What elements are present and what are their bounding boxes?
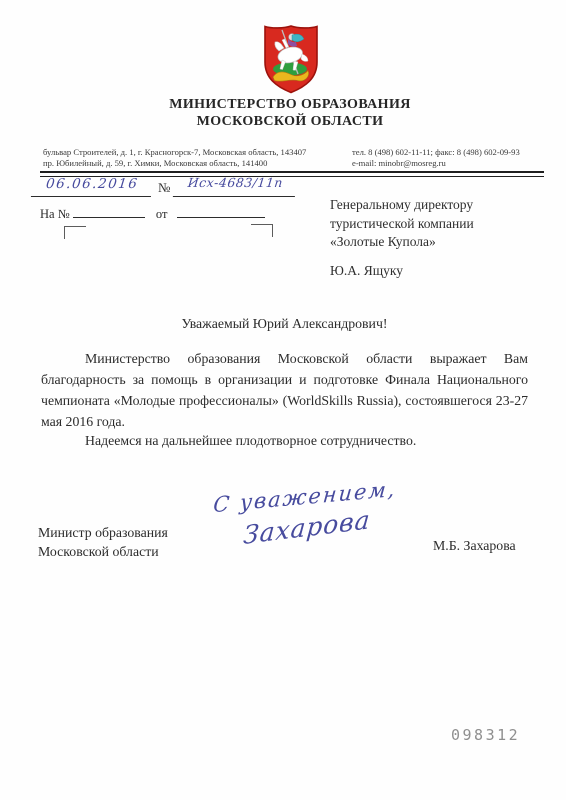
body-paragraph-2: Надеемся на дальнейшее плодотворное сотр… bbox=[41, 433, 528, 449]
letterhead-address-block: бульвар Строителей, д. 1, г. Красногорск… bbox=[43, 147, 542, 168]
moscow-oblast-coat-of-arms-icon bbox=[261, 24, 321, 94]
body-paragraph-1: Министерство образования Московской обла… bbox=[41, 348, 528, 432]
reply-number-blank bbox=[73, 202, 145, 218]
contacts-block: тел. 8 (498) 602-11-11; факс: 8 (498) 60… bbox=[352, 147, 542, 168]
reply-from-label: от bbox=[156, 207, 168, 222]
postal-address-line2: пр. Юбилейный, д. 59, г. Химки, Московск… bbox=[43, 158, 343, 169]
signer-position-block: Министр образования Московской области bbox=[38, 523, 168, 561]
recipient-title-line2: туристической компании bbox=[330, 215, 540, 234]
number-sign-label: № bbox=[158, 180, 170, 196]
signer-name: М.Б. Захарова bbox=[433, 538, 516, 554]
outgoing-date-handwritten: 06.06.2016 bbox=[31, 176, 153, 197]
reply-date-blank bbox=[177, 202, 265, 218]
scanned-letter-page: МИНИСТЕРСТВО ОБРАЗОВАНИЯ МОСКОВСКОЙ ОБЛА… bbox=[0, 0, 566, 800]
address-zone-corner-left bbox=[64, 226, 86, 239]
recipient-block: Генеральному директору туристической ком… bbox=[330, 196, 540, 280]
postal-address-line1: бульвар Строителей, д. 1, г. Красногорск… bbox=[43, 147, 343, 158]
signer-position-line1: Министр образования bbox=[38, 523, 168, 542]
signer-position-line2: Московской области bbox=[38, 542, 168, 561]
reply-reference-row: На № от bbox=[40, 202, 265, 220]
address-zone-corner-right bbox=[251, 224, 273, 237]
recipient-company: «Золотые Купола» bbox=[330, 233, 540, 252]
phone-fax-line: тел. 8 (498) 602-11-11; факс: 8 (498) 60… bbox=[352, 147, 542, 158]
stamp-serial-number: 098312 bbox=[451, 726, 520, 744]
reply-number-label: На № bbox=[40, 207, 70, 222]
ministry-title-line2: МОСКОВСКОЙ ОБЛАСТИ bbox=[0, 113, 566, 130]
email-line: e-mail: minobr@mosreg.ru bbox=[352, 158, 542, 169]
salutation: Уважаемый Юрий Александрович! bbox=[41, 316, 528, 332]
ministry-title: МИНИСТЕРСТВО ОБРАЗОВАНИЯ МОСКОВСКОЙ ОБЛА… bbox=[0, 96, 566, 130]
recipient-title-line1: Генеральному директору bbox=[330, 196, 540, 215]
recipient-name: Ю.А. Ящуку bbox=[330, 262, 540, 281]
postal-address-block: бульвар Строителей, д. 1, г. Красногорск… bbox=[43, 147, 343, 168]
outgoing-number-handwritten: Исх-4683/11п bbox=[173, 175, 297, 197]
ministry-title-line1: МИНИСТЕРСТВО ОБРАЗОВАНИЯ bbox=[0, 96, 566, 113]
